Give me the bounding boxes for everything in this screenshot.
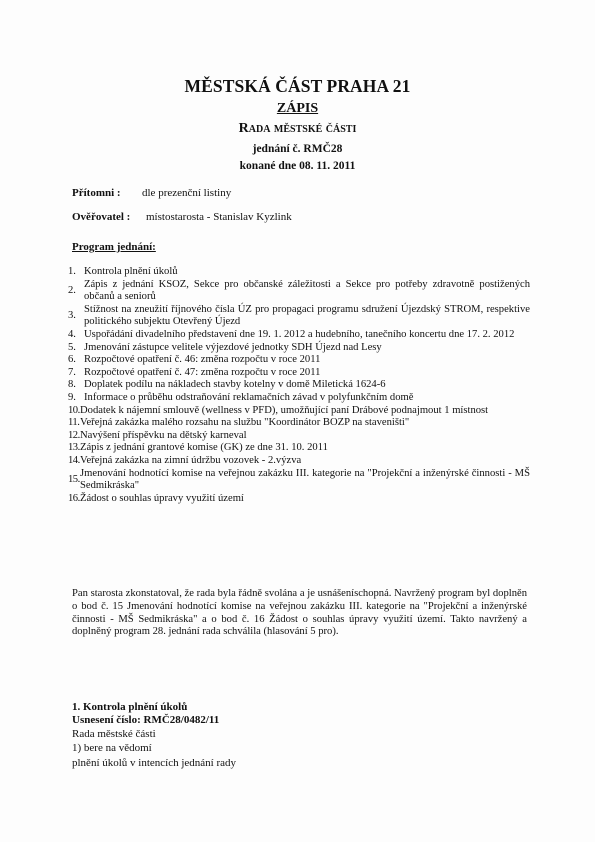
council-heading: Rada městské části [0, 121, 595, 137]
verifier-value: místostarosta - Stanislav Kyzlink [146, 211, 292, 223]
meeting-date: konané dne 08. 11. 2011 [0, 160, 595, 172]
agenda-item-number: 9. [68, 392, 84, 405]
section-1-resolution-number: Usnesení číslo: RMČ28/0482/11 [72, 714, 219, 726]
municipality-title: MĚSTSKÁ ČÁST PRAHA 21 [0, 76, 595, 97]
agenda-item-text: Rozpočtové opatření č. 46: změna rozpočt… [84, 354, 530, 367]
agenda-item-number: 3. [68, 310, 84, 323]
agenda-item-number: 4. [68, 329, 84, 342]
agenda-item-text: Rozpočtové opatření č. 47: změna rozpočt… [84, 367, 530, 380]
agenda-item: 1.Kontrola plnění úkolů [68, 266, 530, 279]
agenda-item-text: Dodatek k nájemní smlouvě (wellness v PF… [80, 405, 530, 418]
agenda-item-text: Stížnost na zneužití říjnového čísla ÚZ … [84, 304, 530, 329]
agenda-item: 12.Navýšení příspěvku na dětský karneval [68, 430, 530, 443]
meeting-number: jednání č. RMČ28 [0, 143, 595, 155]
document-page: MĚSTSKÁ ČÁST PRAHA 21 ZÁPIS Rada městské… [0, 0, 595, 842]
agenda-item-number: 12. [68, 430, 80, 443]
agenda-item-text: Kontrola plnění úkolů [84, 266, 530, 279]
agenda-item: 4.Uspořádání divadelního představení dne… [68, 329, 530, 342]
agenda-item-text: Veřejná zakázka na zimní údržbu vozovek … [80, 455, 530, 468]
agenda-item: 5.Jmenování zástupce velitele výjezdové … [68, 342, 530, 355]
agenda-item-text: Žádost o souhlas úpravy využití území [80, 493, 530, 506]
agenda-item-text: Jmenování zástupce velitele výjezdové je… [84, 342, 530, 355]
agenda-item-number: 2. [68, 285, 84, 298]
section-1-title: 1. Kontrola plnění úkolů [72, 701, 187, 713]
agenda-item-number: 14. [68, 455, 80, 468]
agenda-list: 1.Kontrola plnění úkolů2.Zápis z jednání… [68, 266, 530, 505]
agenda-item-number: 1. [68, 266, 84, 279]
agenda-item-number: 13. [68, 442, 80, 455]
agenda-item: 6.Rozpočtové opatření č. 46: změna rozpo… [68, 354, 530, 367]
verifier-label: Ověřovatel : [72, 211, 130, 223]
agenda-item-number: 6. [68, 354, 84, 367]
agenda-item: 3.Stížnost na zneužití říjnového čísla Ú… [68, 304, 530, 329]
agenda-item: 11.Veřejná zakázka malého rozsahu na slu… [68, 417, 530, 430]
agenda-item-number: 8. [68, 379, 84, 392]
agenda-item-number: 11. [68, 417, 80, 430]
agenda-item: 2.Zápis z jednání KSOZ, Sekce pro občans… [68, 279, 530, 304]
agenda-item: 7.Rozpočtové opatření č. 47: změna rozpo… [68, 367, 530, 380]
program-heading: Program jednání: [72, 241, 156, 253]
present-label: Přítomni : [72, 187, 121, 199]
section-1-detail: plnění úkolů v intencích jednání rady [72, 757, 236, 769]
agenda-item: 13.Zápis z jednání grantové komise (GK) … [68, 442, 530, 455]
agenda-item: 8.Doplatek podílu na nákladech stavby ko… [68, 379, 530, 392]
agenda-item-text: Zápis z jednání KSOZ, Sekce pro občanské… [84, 279, 530, 304]
agenda-item-text: Veřejná zakázka malého rozsahu na službu… [80, 417, 530, 430]
agenda-item-number: 10. [68, 405, 80, 418]
agenda-item-text: Informace o průběhu odstraňování reklama… [84, 392, 530, 405]
agenda-item: 16.Žádost o souhlas úpravy využití území [68, 493, 530, 506]
agenda-item-number: 15. [68, 474, 80, 487]
agenda-item-number: 5. [68, 342, 84, 355]
agenda-item-text: Navýšení příspěvku na dětský karneval [80, 430, 530, 443]
intro-paragraph: Pan starosta zkonstatoval, že rada byla … [72, 588, 527, 639]
section-1-body: Rada městské části [72, 728, 156, 740]
present-value: dle prezenční listiny [142, 187, 231, 199]
agenda-item: 15.Jmenování hodnotící komise na veřejno… [68, 468, 530, 493]
agenda-item-text: Doplatek podílu na nákladech stavby kote… [84, 379, 530, 392]
agenda-item: 14.Veřejná zakázka na zimní údržbu vozov… [68, 455, 530, 468]
document-type-heading: ZÁPIS [0, 101, 595, 117]
agenda-item: 10.Dodatek k nájemní smlouvě (wellness v… [68, 405, 530, 418]
section-1-point: 1) bere na vědomí [72, 742, 152, 754]
agenda-item-number: 16. [68, 493, 80, 506]
agenda-item-number: 7. [68, 367, 84, 380]
agenda-item-text: Zápis z jednání grantové komise (GK) ze … [80, 442, 530, 455]
agenda-item: 9.Informace o průběhu odstraňování rekla… [68, 392, 530, 405]
agenda-item-text: Jmenování hodnotící komise na veřejnou z… [80, 468, 530, 493]
agenda-item-text: Uspořádání divadelního představení dne 1… [84, 329, 530, 342]
